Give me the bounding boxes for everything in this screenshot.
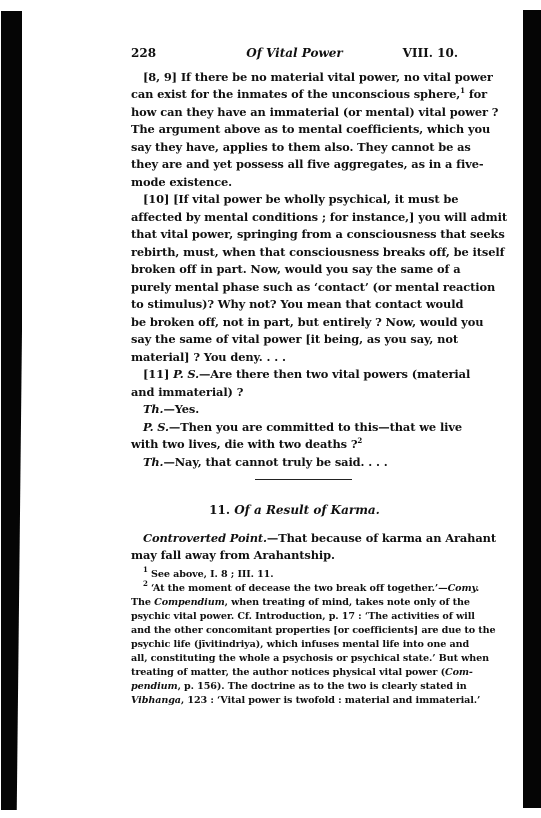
- text: treating of matter, the author notices p…: [131, 667, 445, 678]
- text: —Yes.: [163, 402, 199, 416]
- text: The: [131, 597, 154, 608]
- text: , 123 : ‘Vital power is twofold : materi…: [181, 695, 480, 706]
- text: with two lives, die with two deaths ?: [131, 437, 357, 451]
- text: can exist for the inmates of the unconsc…: [131, 87, 460, 101]
- speaker: Th.: [143, 455, 163, 469]
- text: See above, I. 8 ; III. 11.: [148, 569, 274, 580]
- body-line: mode existence.: [131, 175, 458, 189]
- body-line: purely mental phase such as ‘contact’ (o…: [131, 280, 458, 294]
- body-line: and immaterial) ?: [131, 385, 458, 399]
- text: [11]: [143, 367, 173, 381]
- text: Comy.: [448, 583, 480, 594]
- text: —Then you are committed to this—that we …: [169, 420, 462, 434]
- body-line: P. S.—Then you are committed to this—tha…: [131, 420, 458, 434]
- speaker: P. S.: [173, 367, 199, 381]
- text: —Are there then two vital powers (materi…: [199, 367, 470, 381]
- body-line: Th.—Yes.: [131, 402, 458, 416]
- section-divider: [255, 479, 352, 480]
- footnote-line: treating of matter, the author notices p…: [131, 667, 458, 679]
- body-line: be broken off, not in part, but entirely…: [131, 315, 458, 329]
- controverted-point-label: Controverted Point.: [143, 531, 267, 545]
- speaker: P. S.: [143, 420, 169, 434]
- text: —That because of karma an Arahant: [267, 531, 496, 545]
- body-line: Controverted Point.—That because of karm…: [131, 531, 458, 545]
- body-line: how can they have an immaterial (or ment…: [131, 105, 458, 119]
- body-line: say the same of vital power [it being, a…: [131, 332, 458, 346]
- footnote-2: 2 ‘At the moment of decease the two brea…: [131, 583, 458, 595]
- body-line: with two lives, die with two deaths ?2: [131, 437, 458, 451]
- body-line: [8, 9] If there be no material vital pow…: [131, 70, 458, 84]
- text: —Nay, that cannot truly be said. . . .: [163, 455, 387, 469]
- body-line: say they have, applies to them also. The…: [131, 140, 458, 154]
- text: Compendium: [154, 597, 224, 608]
- text: , p. 156). The doctrine as to the two is…: [178, 681, 467, 692]
- body-line: they are and yet possess all five aggreg…: [131, 157, 458, 171]
- running-header: 228 Of Vital Power VIII. 10.: [131, 46, 458, 62]
- footnote-line: pendium, p. 156). The doctrine as to the…: [131, 681, 458, 693]
- body-line: can exist for the inmates of the unconsc…: [131, 87, 458, 101]
- body-line: may fall away from Arahantship.: [131, 548, 458, 562]
- body-line: Th.—Nay, that cannot truly be said. . . …: [131, 455, 458, 469]
- text: Vibhanga: [131, 695, 181, 706]
- body-line: rebirth, must, when that consciousness b…: [131, 245, 458, 259]
- text: Com-: [445, 667, 473, 678]
- footnote-line: psychic life (jīvitindriya), which infus…: [131, 639, 458, 651]
- footnote-line: psychic vital power. Cf. Introduction, p…: [131, 611, 458, 623]
- footnote-1: 1 See above, I. 8 ; III. 11.: [131, 569, 458, 581]
- text: ‘At the moment of decease the two break …: [148, 583, 448, 594]
- footnote-line: Vibhanga, 123 : ‘Vital power is twofold …: [131, 695, 458, 707]
- body-line: affected by mental conditions ; for inst…: [131, 210, 458, 224]
- speaker: Th.: [143, 402, 163, 416]
- body-line: that vital power, springing from a consc…: [131, 227, 458, 241]
- body-line: material] ? You deny. . . .: [131, 350, 458, 364]
- footnote-ref-2[interactable]: 2: [357, 436, 362, 445]
- footnote-line: The Compendium, when treating of mind, t…: [131, 597, 458, 609]
- scan-edge-left: [1, 11, 22, 810]
- footnote-line: and the other concomitant properties [or…: [131, 625, 458, 637]
- section-reference: VIII. 10.: [403, 46, 458, 60]
- footnote-line: all, constituting the whole a psychosis …: [131, 653, 458, 665]
- body-line: to stimulus)? Why not? You mean that con…: [131, 297, 458, 311]
- text: for: [465, 87, 487, 101]
- body-line: [11] P. S.—Are there then two vital powe…: [131, 367, 458, 381]
- body-line: The argument above as to mental coeffici…: [131, 122, 458, 136]
- section-title: Of a Result of Karma.: [234, 503, 380, 517]
- scan-edge-right: [523, 10, 541, 808]
- section-number: 11.: [209, 503, 234, 517]
- body-line: broken off in part. Now, would you say t…: [131, 262, 458, 276]
- body-line: [10] [If vital power be wholly psychical…: [131, 192, 458, 206]
- section-heading: 11. Of a Result of Karma.: [131, 503, 458, 517]
- text: pendium: [131, 681, 178, 692]
- text: , when treating of mind, takes note only…: [225, 597, 470, 608]
